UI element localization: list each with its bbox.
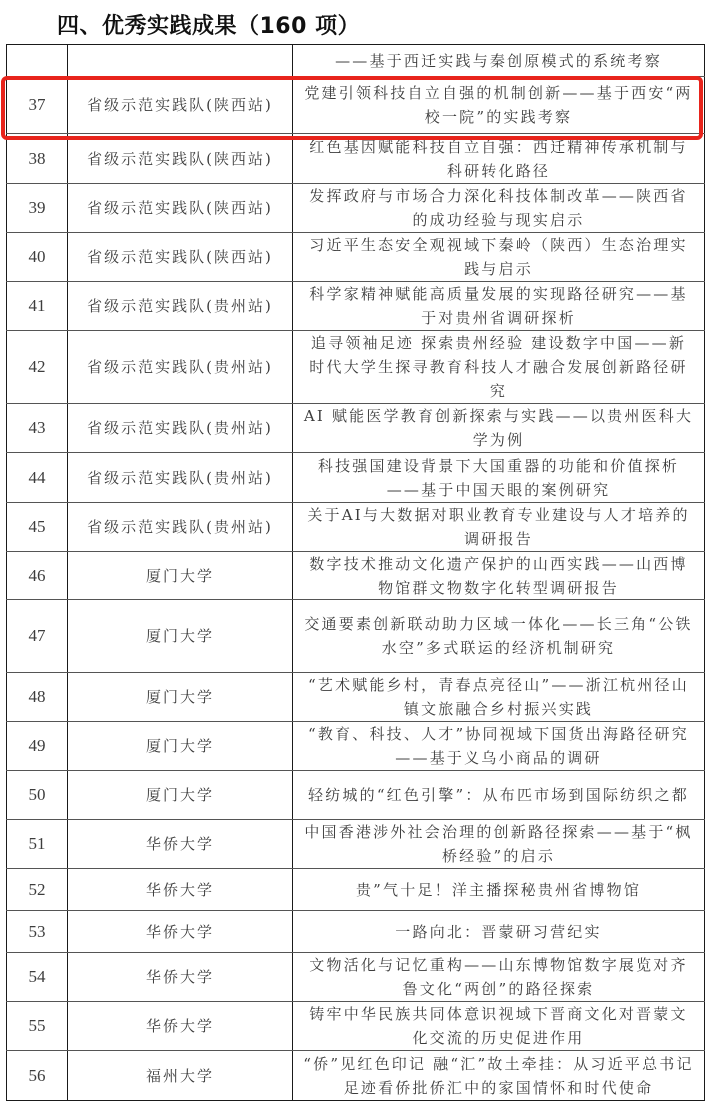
topic-text: 文物活化与记忆重构——山东博物馆数字展览对齐鲁文化“两创”的路径探索	[303, 953, 694, 1001]
table-row: 47厦门大学交通要素创新联动助力区域一体化——长三角“公铁水空”多式联运的经济机…	[6, 600, 705, 673]
table-row: 44省级示范实践队(贵州站)科技强国建设背景下大国重器的功能和价值探析——基于中…	[6, 453, 705, 503]
topic-text: 交通要素创新联动助力区域一体化——长三角“公铁水空”多式联运的经济机制研究	[303, 612, 694, 660]
table-row: 48厦门大学“艺术赋能乡村，青春点亮径山”——浙江杭州径山镇文旅融合乡村振兴实践	[6, 673, 705, 722]
topic-text: 数字技术推动文化遗产保护的山西实践——山西博物馆群文物数字化转型调研报告	[303, 552, 694, 600]
table-row: 38省级示范实践队(陕西站)红色基因赋能科技自立自强：西迁精神传承机制与科研转化…	[6, 134, 705, 184]
organization-cell	[67, 45, 292, 76]
topic-text: ——基于西迁实践与秦创原模式的系统考察	[335, 49, 662, 73]
topic-text: 中国香港涉外社会治理的创新路径探索——基于“枫桥经验”的启示	[303, 820, 694, 868]
table-row: 39省级示范实践队(陕西站)发挥政府与市场合力深化科技体制改革——陕西省的成功经…	[6, 184, 705, 233]
topic-cell: “艺术赋能乡村，青春点亮径山”——浙江杭州径山镇文旅融合乡村振兴实践	[292, 673, 705, 721]
topic-cell: 一路向北：晋蒙研习营纪实	[292, 911, 705, 952]
topic-text: 关于AI与大数据对职业教育专业建设与人才培养的调研报告	[303, 503, 694, 551]
table-row: 51华侨大学中国香港涉外社会治理的创新路径探索——基于“枫桥经验”的启示	[6, 820, 705, 869]
topic-cell: “侨”见红色印记 融“汇”故土牵挂：从习近平总书记足迹看侨批侨汇中的家国情怀和时…	[292, 1051, 705, 1100]
organization-cell: 省级示范实践队(贵州站)	[67, 282, 292, 330]
row-number: 47	[6, 600, 67, 672]
results-table: ——基于西迁实践与秦创原模式的系统考察37省级示范实践队(陕西站)党建引领科技自…	[6, 44, 705, 1101]
table-row: 42省级示范实践队(贵州站)追寻领袖足迹 探索贵州经验 建设数字中国——新时代大…	[6, 331, 705, 404]
table-row: 43省级示范实践队(贵州站)AI 赋能医学教育创新探索与实践——以贵州医科大学为…	[6, 404, 705, 453]
row-number: 56	[6, 1051, 67, 1100]
row-number: 42	[6, 331, 67, 403]
row-number: 38	[6, 134, 67, 183]
organization-cell: 厦门大学	[67, 552, 292, 599]
organization-cell: 厦门大学	[67, 673, 292, 721]
row-number	[6, 45, 67, 76]
table-row: 49厦门大学“教育、科技、人才”协同视域下国货出海路径研究——基于义乌小商品的调…	[6, 722, 705, 771]
topic-cell: 数字技术推动文化遗产保护的山西实践——山西博物馆群文物数字化转型调研报告	[292, 552, 705, 599]
table-row: 50厦门大学轻纺城的“红色引擎”：从布匹市场到国际纺织之都	[6, 771, 705, 820]
organization-cell: 华侨大学	[67, 911, 292, 952]
row-number: 39	[6, 184, 67, 232]
table-row: ——基于西迁实践与秦创原模式的系统考察	[6, 45, 705, 77]
topic-cell: 文物活化与记忆重构——山东博物馆数字展览对齐鲁文化“两创”的路径探索	[292, 953, 705, 1001]
topic-cell: ——基于西迁实践与秦创原模式的系统考察	[292, 45, 705, 76]
topic-text: 科技强国建设背景下大国重器的功能和价值探析——基于中国天眼的案例研究	[303, 454, 694, 502]
topic-text: 科学家精神赋能高质量发展的实现路径研究——基于对贵州省调研探析	[303, 282, 694, 330]
organization-cell: 华侨大学	[67, 953, 292, 1001]
row-number: 43	[6, 404, 67, 452]
row-number: 51	[6, 820, 67, 868]
organization-cell: 省级示范实践队(贵州站)	[67, 404, 292, 452]
table-row: 55华侨大学铸牢中华民族共同体意识视域下晋商文化对晋蒙文化交流的历史促进作用	[6, 1002, 705, 1051]
table-row: 45省级示范实践队(贵州站)关于AI与大数据对职业教育专业建设与人才培养的调研报…	[6, 503, 705, 552]
topic-cell: 贵”气十足！洋主播探秘贵州省博物馆	[292, 869, 705, 910]
topic-text: 追寻领袖足迹 探索贵州经验 建设数字中国——新时代大学生探寻教育科技人才融合发展…	[303, 331, 694, 403]
topic-cell: 红色基因赋能科技自立自强：西迁精神传承机制与科研转化路径	[292, 134, 705, 183]
organization-cell: 省级示范实践队(贵州站)	[67, 331, 292, 403]
organization-cell: 华侨大学	[67, 820, 292, 868]
organization-cell: 省级示范实践队(陕西站)	[67, 134, 292, 183]
organization-cell: 厦门大学	[67, 600, 292, 672]
row-number: 55	[6, 1002, 67, 1050]
organization-cell: 厦门大学	[67, 722, 292, 770]
topic-text: 铸牢中华民族共同体意识视域下晋商文化对晋蒙文化交流的历史促进作用	[303, 1002, 694, 1050]
row-number: 37	[6, 77, 67, 133]
topic-text: 红色基因赋能科技自立自强：西迁精神传承机制与科研转化路径	[303, 135, 694, 183]
topic-cell: 习近平生态安全观视域下秦岭（陕西）生态治理实践与启示	[292, 233, 705, 281]
table-row: 41省级示范实践队(贵州站)科学家精神赋能高质量发展的实现路径研究——基于对贵州…	[6, 282, 705, 331]
topic-text: 发挥政府与市场合力深化科技体制改革——陕西省的成功经验与现实启示	[303, 184, 694, 232]
row-number: 48	[6, 673, 67, 721]
organization-cell: 省级示范实践队(贵州站)	[67, 503, 292, 551]
topic-text: 党建引领科技自立自强的机制创新——基于西安“两校一院”的实践考察	[303, 81, 694, 129]
topic-cell: 中国香港涉外社会治理的创新路径探索——基于“枫桥经验”的启示	[292, 820, 705, 868]
row-number: 54	[6, 953, 67, 1001]
row-number: 45	[6, 503, 67, 551]
organization-cell: 福州大学	[67, 1051, 292, 1100]
row-number: 41	[6, 282, 67, 330]
topic-text: AI 赋能医学教育创新探索与实践——以贵州医科大学为例	[303, 404, 694, 452]
organization-cell: 省级示范实践队(贵州站)	[67, 453, 292, 502]
topic-cell: “教育、科技、人才”协同视域下国货出海路径研究——基于义乌小商品的调研	[292, 722, 705, 770]
row-number: 50	[6, 771, 67, 819]
table-row: 56福州大学“侨”见红色印记 融“汇”故土牵挂：从习近平总书记足迹看侨批侨汇中的…	[6, 1051, 705, 1100]
table-row: 53华侨大学一路向北：晋蒙研习营纪实	[6, 911, 705, 953]
topic-text: 一路向北：晋蒙研习营纪实	[395, 920, 601, 944]
row-number: 52	[6, 869, 67, 910]
table-row: 46厦门大学数字技术推动文化遗产保护的山西实践——山西博物馆群文物数字化转型调研…	[6, 552, 705, 600]
topic-cell: 发挥政府与市场合力深化科技体制改革——陕西省的成功经验与现实启示	[292, 184, 705, 232]
topic-text: 贵”气十足！洋主播探秘贵州省博物馆	[356, 878, 641, 902]
topic-cell: 铸牢中华民族共同体意识视域下晋商文化对晋蒙文化交流的历史促进作用	[292, 1002, 705, 1050]
organization-cell: 华侨大学	[67, 869, 292, 910]
row-number: 49	[6, 722, 67, 770]
topic-text: 习近平生态安全观视域下秦岭（陕西）生态治理实践与启示	[303, 233, 694, 281]
topic-cell: 党建引领科技自立自强的机制创新——基于西安“两校一院”的实践考察	[292, 77, 705, 133]
table-row: 52华侨大学贵”气十足！洋主播探秘贵州省博物馆	[6, 869, 705, 911]
row-number: 46	[6, 552, 67, 599]
table-row: 37省级示范实践队(陕西站)党建引领科技自立自强的机制创新——基于西安“两校一院…	[6, 77, 705, 134]
topic-text: “艺术赋能乡村，青春点亮径山”——浙江杭州径山镇文旅融合乡村振兴实践	[303, 673, 694, 721]
row-number: 40	[6, 233, 67, 281]
topic-text: 轻纺城的“红色引擎”：从布匹市场到国际纺织之都	[308, 783, 689, 807]
organization-cell: 省级示范实践队(陕西站)	[67, 233, 292, 281]
topic-cell: 科学家精神赋能高质量发展的实现路径研究——基于对贵州省调研探析	[292, 282, 705, 330]
topic-cell: 交通要素创新联动助力区域一体化——长三角“公铁水空”多式联运的经济机制研究	[292, 600, 705, 672]
topic-cell: 关于AI与大数据对职业教育专业建设与人才培养的调研报告	[292, 503, 705, 551]
organization-cell: 华侨大学	[67, 1002, 292, 1050]
row-number: 53	[6, 911, 67, 952]
organization-cell: 省级示范实践队(陕西站)	[67, 184, 292, 232]
topic-text: “教育、科技、人才”协同视域下国货出海路径研究——基于义乌小商品的调研	[303, 722, 694, 770]
table-row: 54华侨大学文物活化与记忆重构——山东博物馆数字展览对齐鲁文化“两创”的路径探索	[6, 953, 705, 1002]
table-row: 40省级示范实践队(陕西站)习近平生态安全观视域下秦岭（陕西）生态治理实践与启示	[6, 233, 705, 282]
row-number: 44	[6, 453, 67, 502]
topic-cell: 追寻领袖足迹 探索贵州经验 建设数字中国——新时代大学生探寻教育科技人才融合发展…	[292, 331, 705, 403]
topic-cell: 科技强国建设背景下大国重器的功能和价值探析——基于中国天眼的案例研究	[292, 453, 705, 502]
topic-cell: 轻纺城的“红色引擎”：从布匹市场到国际纺织之都	[292, 771, 705, 819]
organization-cell: 厦门大学	[67, 771, 292, 819]
topic-cell: AI 赋能医学教育创新探索与实践——以贵州医科大学为例	[292, 404, 705, 452]
organization-cell: 省级示范实践队(陕西站)	[67, 77, 292, 133]
topic-text: “侨”见红色印记 融“汇”故土牵挂：从习近平总书记足迹看侨批侨汇中的家国情怀和时…	[303, 1052, 694, 1100]
section-title: 四、优秀实践成果（160 项）	[57, 9, 360, 40]
